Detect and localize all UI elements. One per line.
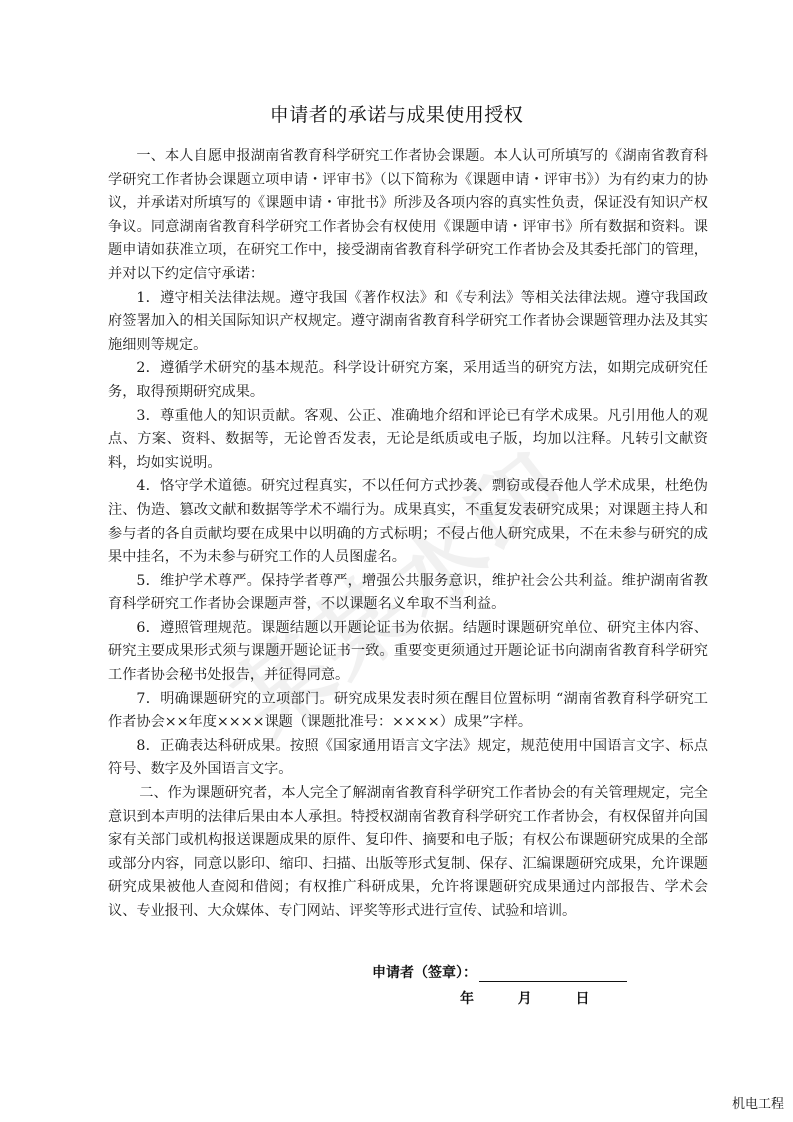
- paragraph-item-5: 5．维护学术尊严。保持学者尊严，增强公共服务意识，维护社会公共利益。维护湖南省教…: [108, 570, 708, 617]
- signature-line[interactable]: [479, 965, 627, 982]
- paragraph-item-7: 7．明确课题研究的立项部门。研究成果发表时须在醒目位置标明 “湖南省教育科学研究…: [108, 688, 708, 735]
- document-body: 一、本人自愿申报湖南省教育科学研究工作者协会课题。本人认可所填写的《湖南省教育科…: [108, 145, 708, 924]
- paragraph-authorization: 二、作为课题研究者，本人完全了解湖南省教育科学研究工作者协会的有关管理规定，完全…: [108, 782, 708, 924]
- date-block: 年 月 日: [460, 988, 590, 1008]
- page-title: 申请者的承诺与成果使用授权: [0, 100, 793, 127]
- paragraph-intro: 一、本人自愿申报湖南省教育科学研究工作者协会课题。本人认可所填写的《湖南省教育科…: [108, 145, 708, 287]
- paragraph-item-3: 3．尊重他人的知识贡献。客观、公正、准确地介绍和评论已有学术成果。凡引用他人的观…: [108, 405, 708, 476]
- footer-label: 机电工程: [732, 1093, 784, 1112]
- paragraph-item-4: 4．恪守学术道德。研究过程真实，不以任何方式抄袭、剽窃或侵吞他人学术成果，杜绝伪…: [108, 475, 708, 569]
- date-month-label: 月: [518, 988, 532, 1008]
- signature-block: 申请者（签章）：: [372, 962, 627, 982]
- signature-label: 申请者（签章）：: [372, 965, 477, 981]
- paragraph-item-2: 2．遵循学术研究的基本规范。科学设计研究方案，采用适当的研究方法，如期完成研究任…: [108, 357, 708, 404]
- date-year-label: 年: [460, 988, 474, 1008]
- paragraph-item-1: 1．遵守相关法律法规。遵守我国《著作权法》和《专利法》等相关法律法规。遵守我国政…: [108, 287, 708, 358]
- paragraph-item-8: 8．正确表达科研成果。按照《国家通用语言文字法》规定，规范使用中国语言文字、标点…: [108, 735, 708, 782]
- paragraph-item-6: 6．遵照管理规范。课题结题以开题论证书为依据。结题时课题研究单位、研究主体内容、…: [108, 617, 708, 688]
- date-day-label: 日: [576, 988, 590, 1008]
- document-page: 某某水印 申请者的承诺与成果使用授权 一、本人自愿申报湖南省教育科学研究工作者协…: [0, 0, 793, 1122]
